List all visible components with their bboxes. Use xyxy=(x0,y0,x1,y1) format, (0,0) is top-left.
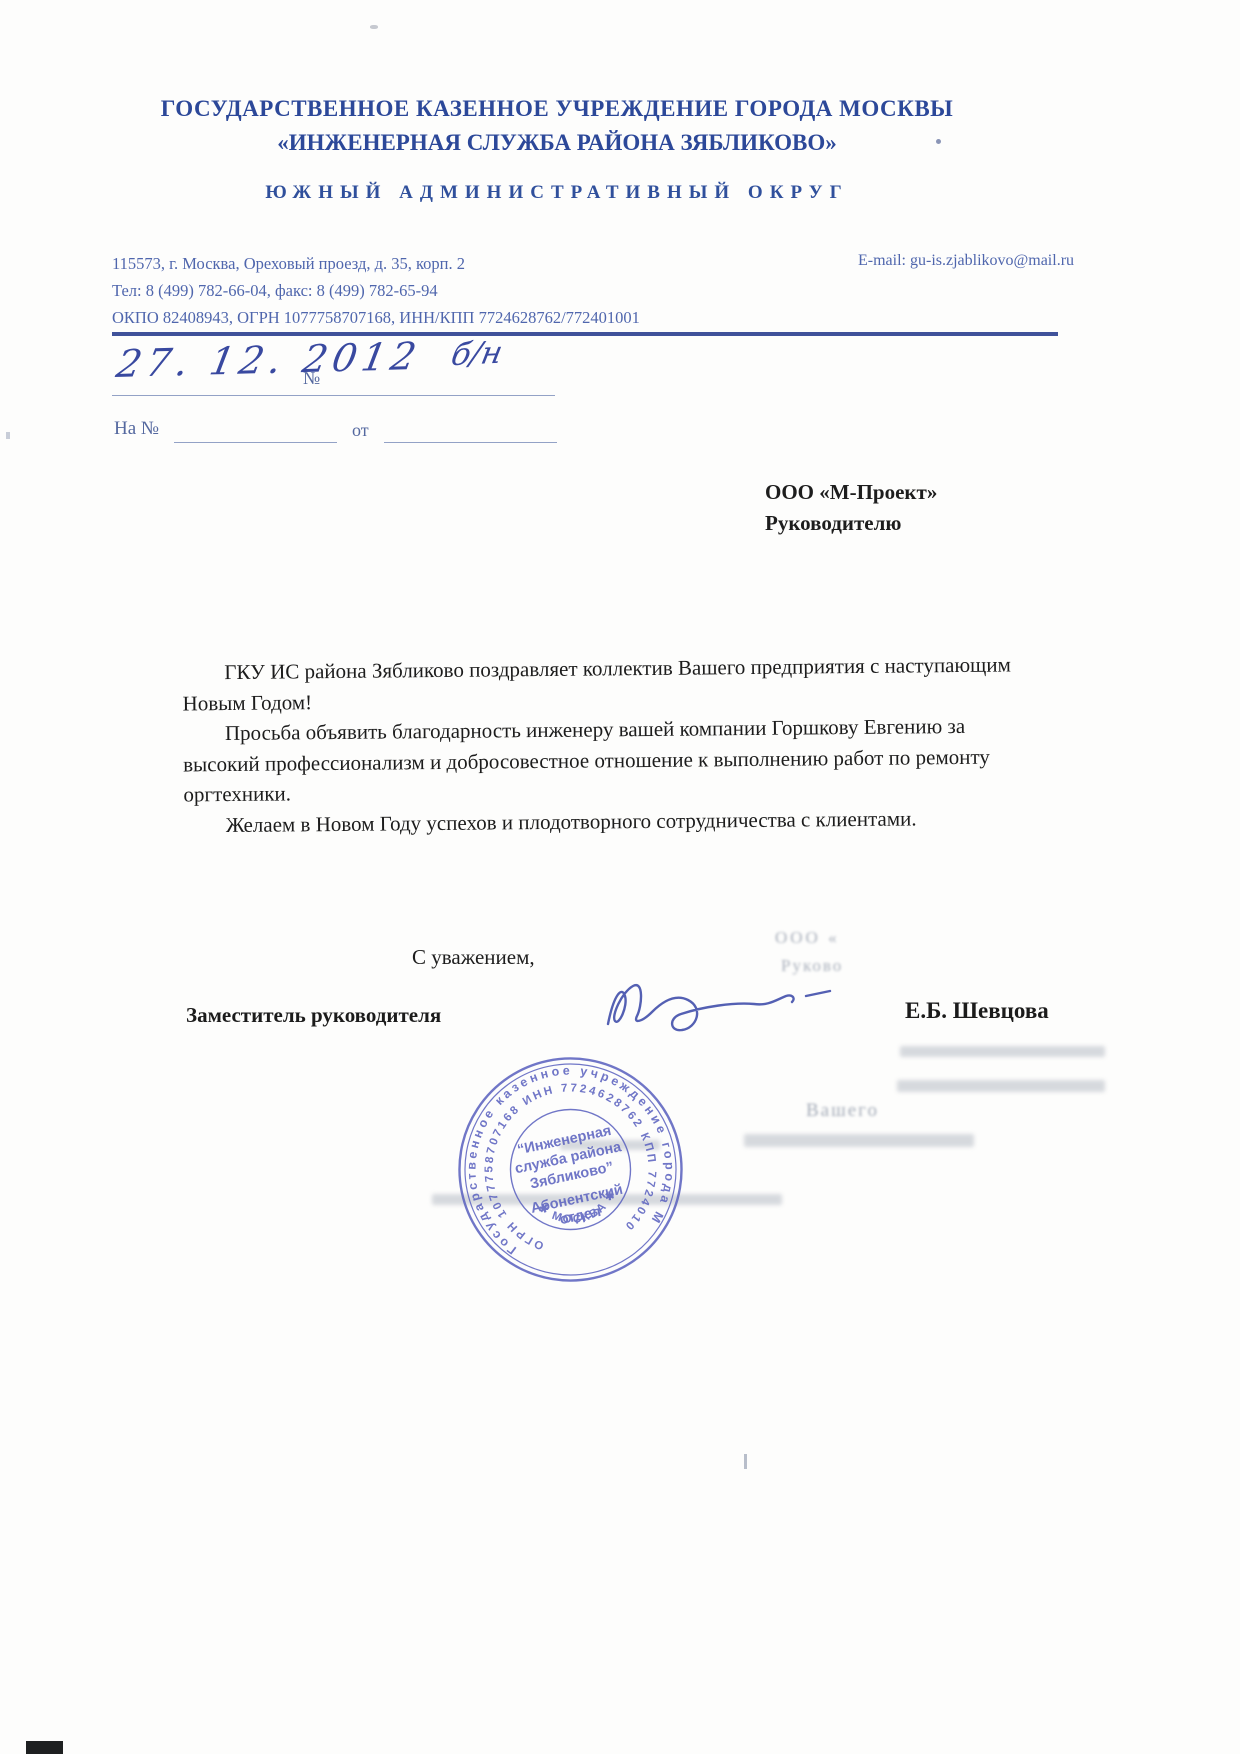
district-name: ЮЖНЫЙ АДМИНИСТРАТИВНЫЙ ОКРУГ xyxy=(0,182,1114,204)
recipient-block: ООО «М-Проект» Руководителю xyxy=(765,477,937,539)
date-number-blank-line xyxy=(112,395,555,396)
reply-number-blank-line xyxy=(174,442,337,443)
organization-name-line2: «ИНЖЕНЕРНАЯ СЛУЖБА РАЙОНА ЗЯБЛИКОВО» xyxy=(0,130,1114,156)
scan-artifact xyxy=(936,139,941,144)
scan-artifact xyxy=(6,432,10,439)
contact-block: 115573, г. Москва, Ореховый проезд, д. 3… xyxy=(112,250,732,331)
from-date-label: от xyxy=(352,420,369,441)
salutation: С уважением, xyxy=(412,945,535,970)
organization-name-line1: ГОСУДАРСТВЕННОЕ КАЗЕННОЕ УЧРЕЖДЕНИЕ ГОРО… xyxy=(0,96,1114,122)
scan-artifact xyxy=(370,25,378,29)
scan-artifact xyxy=(744,1454,747,1469)
handwritten-date: 27. 12. 2012 xyxy=(113,334,425,386)
official-round-stamp: Государственное казенное учреждение горо… xyxy=(453,1052,688,1287)
bleedthrough-smudge xyxy=(897,1080,1105,1092)
bleedthrough-text: ООО « xyxy=(775,928,840,948)
bleedthrough-text: Руково xyxy=(781,956,843,976)
email-address: E-mail: gu-is.zjablikovo@mail.ru xyxy=(858,252,1074,270)
bleedthrough-smudge xyxy=(900,1046,1105,1057)
scan-corner-mark xyxy=(26,1741,63,1754)
from-date-blank-line xyxy=(384,442,557,443)
bleedthrough-smudge xyxy=(744,1134,974,1147)
letterhead: ГОСУДАРСТВЕННОЕ КАЗЕННОЕ УЧРЕЖДЕНИЕ ГОРО… xyxy=(0,96,1114,204)
reply-to-number-label: На № xyxy=(114,418,159,440)
phone-fax: Тел: 8 (499) 782-66-04, факс: 8 (499) 78… xyxy=(112,277,732,304)
bleedthrough-text: Вашего xyxy=(806,1100,879,1122)
number-sign-label: № xyxy=(303,368,320,389)
registration-codes: ОКПО 82408943, ОГРН 1077758707168, ИНН/К… xyxy=(112,304,732,331)
letterhead-divider xyxy=(112,332,1058,336)
signer-position: Заместитель руководителя xyxy=(186,1003,441,1028)
signature-handwriting xyxy=(602,972,852,1044)
letter-body: ГКУ ИС района Зябликово поздравляет колл… xyxy=(182,649,1114,841)
postal-address: 115573, г. Москва, Ореховый проезд, д. 3… xyxy=(112,250,732,277)
recipient-company: ООО «М-Проект» xyxy=(765,477,937,508)
handwritten-doc-number: б/н xyxy=(448,335,505,374)
recipient-role: Руководителю xyxy=(765,508,937,539)
signer-name: Е.Б. Шевцова xyxy=(905,998,1049,1024)
